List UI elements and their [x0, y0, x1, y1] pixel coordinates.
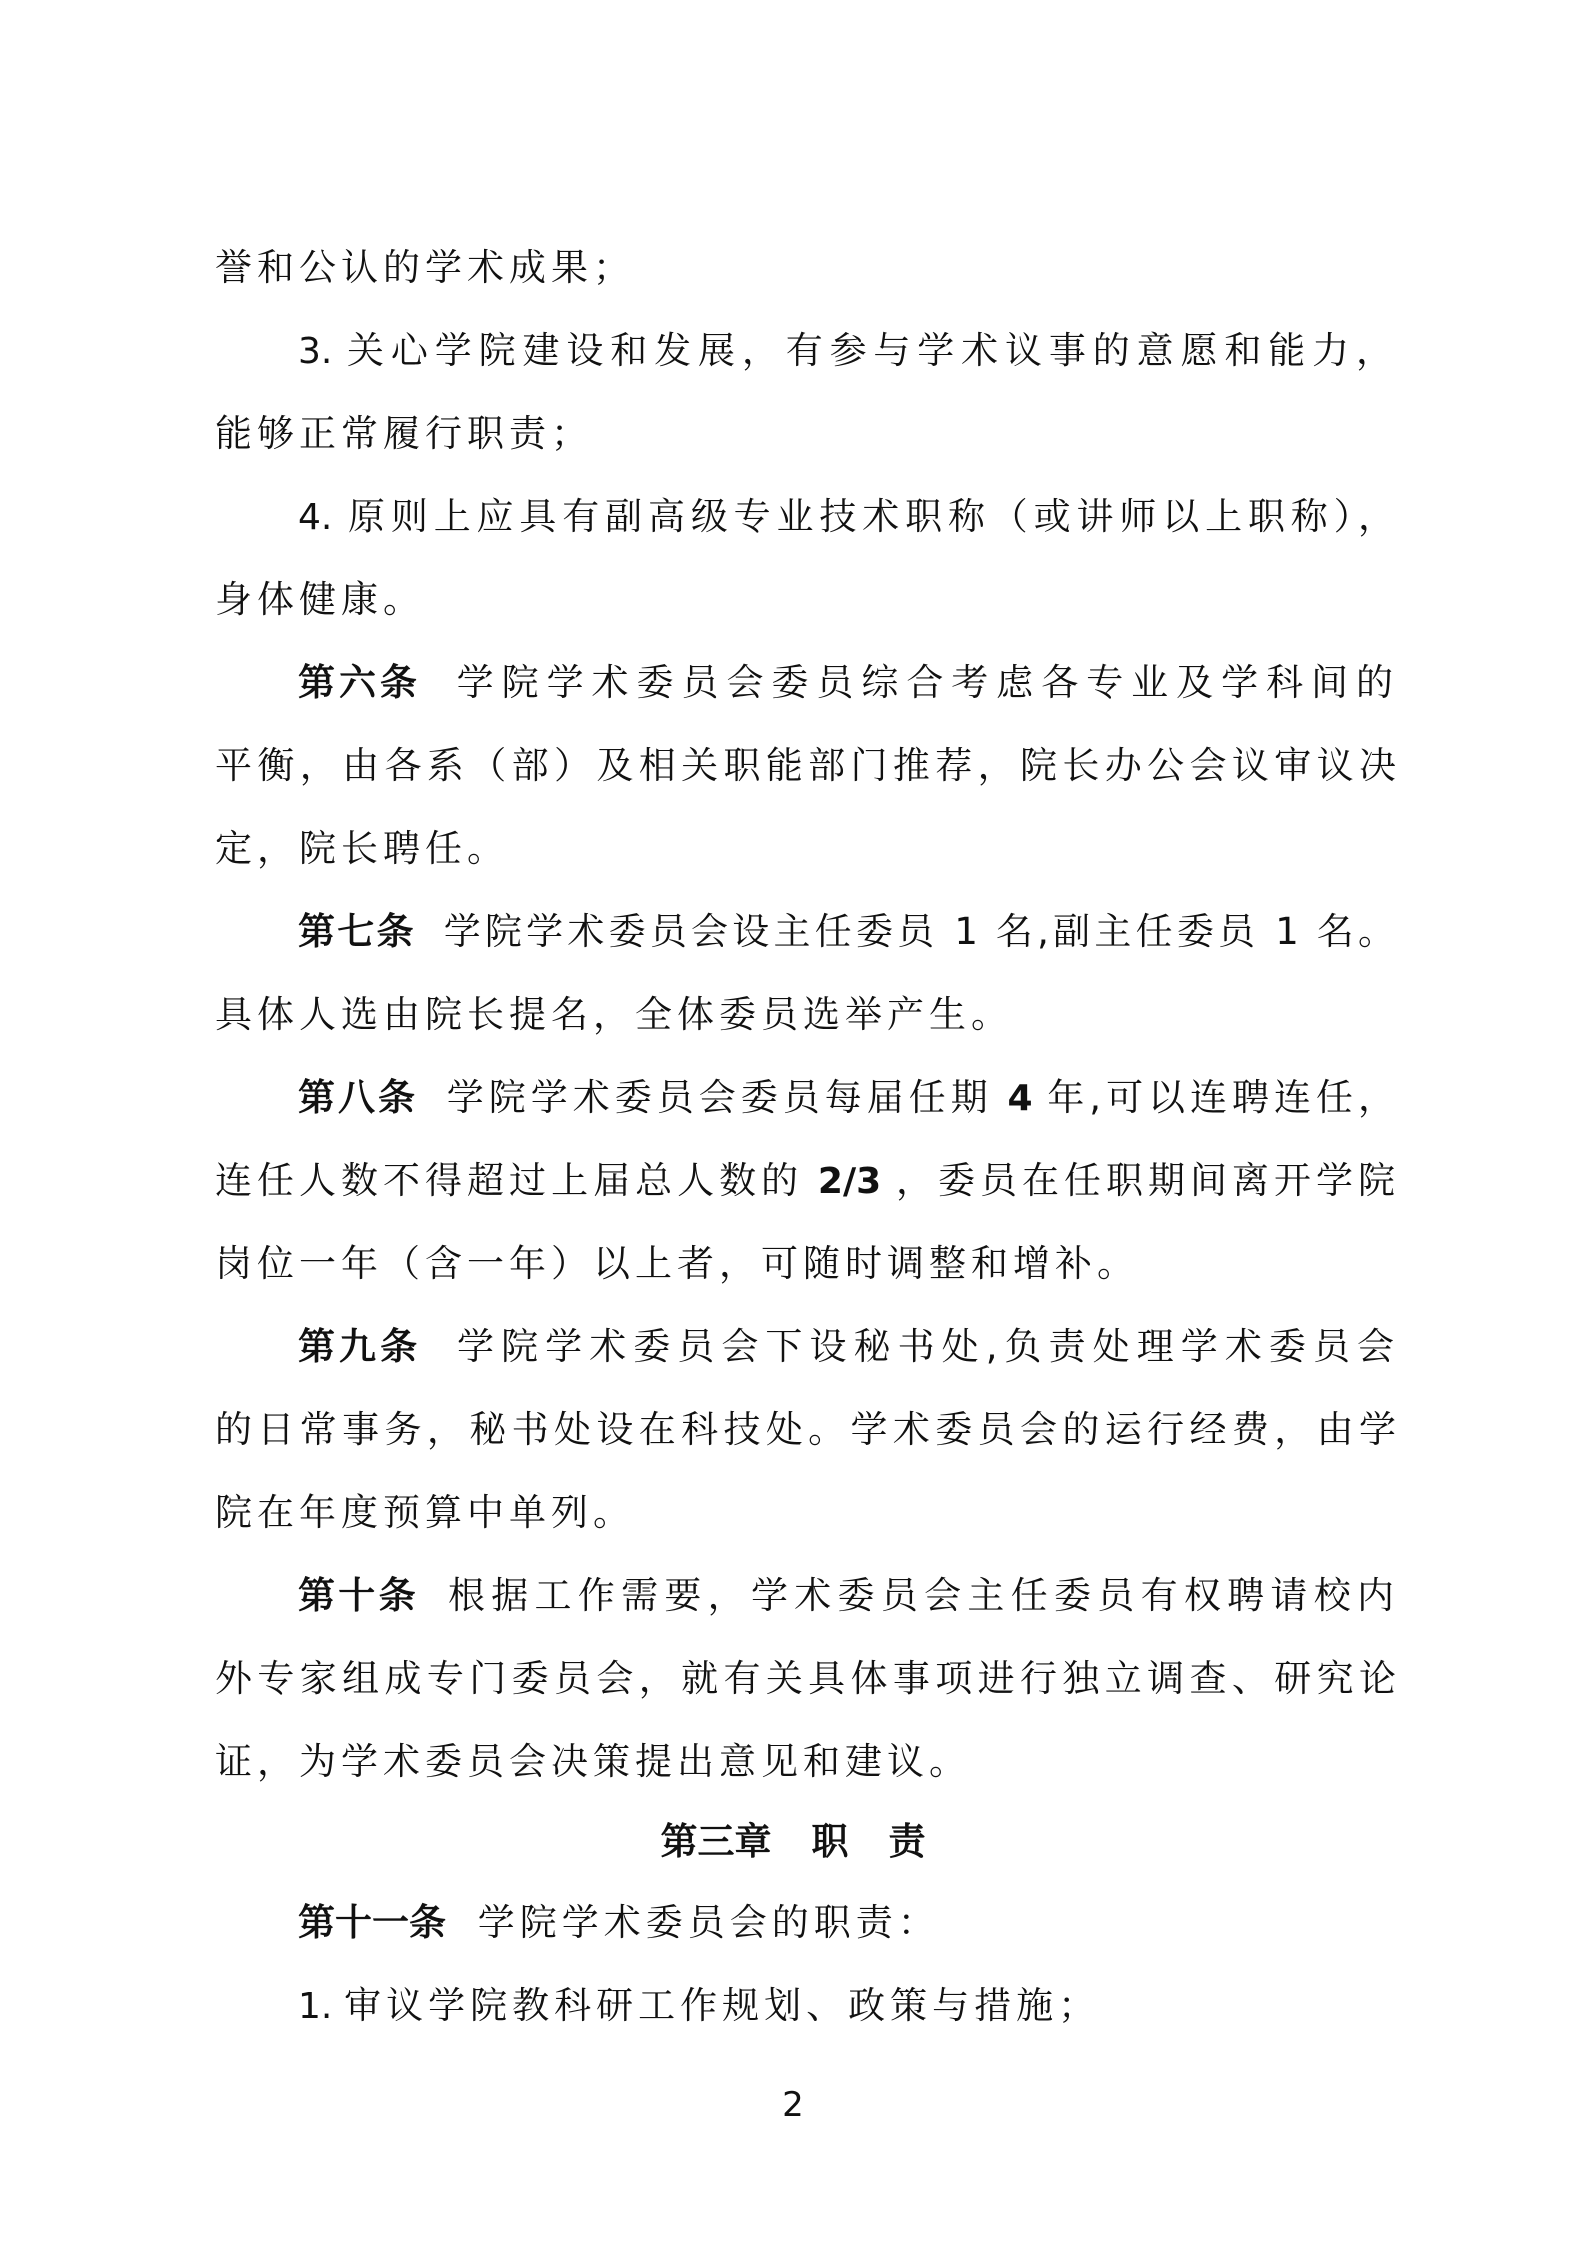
- page-number: 2: [0, 2080, 1586, 2130]
- text-line: 定，院长聘任。: [215, 819, 1397, 879]
- article-label: 第八条: [298, 1076, 418, 1119]
- line-text: 证，为学术委员会决策提出意见和建议。: [215, 1740, 971, 1783]
- line-text: 具体人选由院长提名，全体委员选举产生。: [215, 993, 1013, 1036]
- line-text: 身体健康。: [215, 578, 425, 621]
- line-text: 学院学术委员会设主任委员 1 名,副主任委员 1 名。: [444, 910, 1397, 953]
- line-text: ，委员在任职期间离开学院: [896, 1159, 1397, 1202]
- line-text: 审议学院教科研工作规划、政策与措施；: [344, 1984, 1100, 2027]
- line-text: 连任人数不得超过上届总人数的: [215, 1159, 803, 1202]
- ratio-value: 2/3: [818, 1161, 881, 1202]
- line-text: 学院学术委员会下设秘书处,负责处理学术委员会: [457, 1325, 1397, 1368]
- article-8: 第八条 学院学术委员会委员每届任期 4 年,可以连聘连任，: [298, 1068, 1397, 1128]
- list-number: 3.: [298, 331, 332, 372]
- article-10: 第十条 根据工作需要，学术委员会主任委员有权聘请校内: [298, 1566, 1397, 1626]
- line-text: 学院学术委员会的职责：: [478, 1901, 940, 1944]
- article-label: 第十一条: [298, 1901, 446, 1944]
- line-text: 关心学院建设和发展，有参与学术议事的意愿和能力，: [347, 329, 1397, 372]
- line-text: 学院学术委员会委员每届任期: [447, 1076, 993, 1119]
- chapter-number: 第三章: [661, 1820, 772, 1863]
- text-line: 身体健康。: [215, 570, 1397, 630]
- article-label: 第七条: [298, 910, 416, 953]
- text-line: 誉和公认的学术成果；: [215, 238, 1397, 298]
- text-line: 院在年度预算中单列。: [215, 1483, 1397, 1543]
- document-page: 誉和公认的学术成果； 3. 关心学院建设和发展，有参与学术议事的意愿和能力， 能…: [0, 0, 1586, 2245]
- text-line: 外专家组成专门委员会，就有关具体事项进行独立调查、研究论: [215, 1649, 1397, 1709]
- chapter-title-char: 职: [812, 1820, 849, 1863]
- article-7: 第七条 学院学术委员会设主任委员 1 名,副主任委员 1 名。: [298, 902, 1397, 962]
- article-11: 第十一条 学院学术委员会的职责：: [298, 1893, 1397, 1953]
- article-9: 第九条 学院学术委员会下设秘书处,负责处理学术委员会: [298, 1317, 1397, 1377]
- text-line: 能够正常履行职责；: [215, 404, 1397, 464]
- article-label: 第六条: [298, 661, 421, 704]
- text-line: 的日常事务，秘书处设在科技处。学术委员会的运行经费，由学: [215, 1400, 1397, 1460]
- line-text: 誉和公认的学术成果；: [215, 246, 635, 289]
- line-text: 院在年度预算中单列。: [215, 1491, 635, 1534]
- line-text: 年,可以连聘连任，: [1047, 1076, 1397, 1119]
- text-line: 平衡，由各系（部）及相关职能部门推荐，院长办公会议审议决: [215, 736, 1397, 796]
- article-6: 第六条 学院学术委员会委员综合考虑各专业及学科间的: [298, 653, 1397, 713]
- text-line: 岗位一年（含一年）以上者，可随时调整和增补。: [215, 1234, 1397, 1294]
- list-item-3: 3. 关心学院建设和发展，有参与学术议事的意愿和能力，: [298, 321, 1397, 381]
- list-item-1: 1. 审议学院教科研工作规划、政策与措施；: [298, 1976, 1397, 2036]
- line-text: 平衡，由各系（部）及相关职能部门推荐，院长办公会议审议决: [215, 744, 1397, 787]
- list-number: 1.: [298, 1986, 332, 2027]
- term-years: 4: [1007, 1078, 1032, 1119]
- list-number: 4.: [298, 497, 332, 538]
- article-label: 第十条: [298, 1574, 419, 1617]
- line-text: 根据工作需要，学术委员会主任委员有权聘请校内: [448, 1574, 1397, 1617]
- line-text: 原则上应具有副高级专业技术职称（或讲师以上职称），: [348, 495, 1397, 538]
- article-label: 第九条: [298, 1325, 421, 1368]
- line-text: 学院学术委员会委员综合考虑各专业及学科间的: [457, 661, 1397, 704]
- line-text: 外专家组成专门委员会，就有关具体事项进行独立调查、研究论: [215, 1657, 1397, 1700]
- line-text: 的日常事务，秘书处设在科技处。学术委员会的运行经费，由学: [215, 1408, 1397, 1451]
- line-text: 岗位一年（含一年）以上者，可随时调整和增补。: [215, 1242, 1139, 1285]
- chapter-title-char: 责: [889, 1820, 926, 1863]
- line-text: 能够正常履行职责；: [215, 412, 593, 455]
- text-line: 证，为学术委员会决策提出意见和建议。: [215, 1732, 1397, 1792]
- list-item-4: 4. 原则上应具有副高级专业技术职称（或讲师以上职称），: [298, 487, 1397, 547]
- text-line: 连任人数不得超过上届总人数的 2/3 ，委员在任职期间离开学院: [215, 1151, 1397, 1211]
- text-line: 具体人选由院长提名，全体委员选举产生。: [215, 985, 1397, 1045]
- chapter-heading: 第三章职责: [0, 1812, 1586, 1872]
- line-text: 定，院长聘任。: [215, 827, 509, 870]
